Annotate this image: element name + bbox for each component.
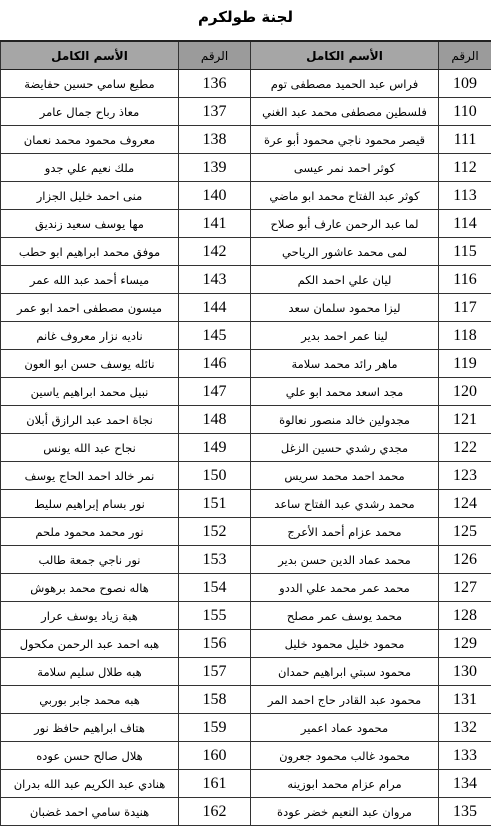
- right-name-cell: كوثر عبد الفتاح محمد ابو ماضي: [251, 182, 439, 210]
- left-name-cell: ناديه نزار معروف غانم: [1, 322, 179, 350]
- left-name-cell: منى احمد خليل الجزار: [1, 182, 179, 210]
- right-number-cell: 122: [439, 434, 491, 462]
- right-name-cell: ليان علي احمد الكم: [251, 266, 439, 294]
- table-row: ملك نعيم علي جدو139كوثر احمد نمر عيسى112: [1, 154, 491, 182]
- right-number-cell: 111: [439, 126, 491, 154]
- header-number-right: الرقم: [439, 41, 491, 70]
- header-full-name-right: الأسم الكامل: [251, 41, 439, 70]
- right-number-cell: 112: [439, 154, 491, 182]
- left-number-cell: 156: [179, 630, 251, 658]
- left-number-cell: 159: [179, 714, 251, 742]
- left-name-cell: نور محمد محمود ملحم: [1, 518, 179, 546]
- left-name-cell: موفق محمد ابراهيم ابو حطب: [1, 238, 179, 266]
- left-name-cell: نجاح عبد الله يونس: [1, 434, 179, 462]
- right-number-cell: 116: [439, 266, 491, 294]
- left-name-cell: معروف محمود محمد نعمان: [1, 126, 179, 154]
- table-row: نبيل محمد ابراهيم ياسين147مجد اسعد محمد …: [1, 378, 491, 406]
- left-number-cell: 157: [179, 658, 251, 686]
- right-number-cell: 115: [439, 238, 491, 266]
- table-row: موفق محمد ابراهيم ابو حطب142لمى محمد عاش…: [1, 238, 491, 266]
- left-number-cell: 146: [179, 350, 251, 378]
- right-name-cell: محمد احمد محمد سريس: [251, 462, 439, 490]
- right-name-cell: كوثر احمد نمر عيسى: [251, 154, 439, 182]
- table-row: هبه محمد جابر بوربي158محمود عبد القادر ح…: [1, 686, 491, 714]
- table-row: مطيع سامي حسين حفايضة136فراس عبد الحميد …: [1, 70, 491, 98]
- left-number-cell: 162: [179, 798, 251, 826]
- left-number-cell: 151: [179, 490, 251, 518]
- left-name-cell: مطيع سامي حسين حفايضة: [1, 70, 179, 98]
- right-name-cell: فلسطين مصطفى محمد عبد الغني: [251, 98, 439, 126]
- right-name-cell: مجدي رشدي حسين الزغل: [251, 434, 439, 462]
- left-number-cell: 136: [179, 70, 251, 98]
- left-name-cell: هبة زياد يوسف عرار: [1, 602, 179, 630]
- left-number-cell: 140: [179, 182, 251, 210]
- left-name-cell: هتاف ابراهيم حافظ نور: [1, 714, 179, 742]
- right-number-cell: 131: [439, 686, 491, 714]
- left-name-cell: مها يوسف سعيد زنديق: [1, 210, 179, 238]
- right-name-cell: لمى محمد عاشور الرياحي: [251, 238, 439, 266]
- table-row: نور بسام إبراهيم سليط151محمد رشدي عبد ال…: [1, 490, 491, 518]
- right-name-cell: محمود عماد اعمير: [251, 714, 439, 742]
- table-row: نور محمد محمود ملحم152محمد عزام أحمد الأ…: [1, 518, 491, 546]
- right-name-cell: مرام عزام محمد ابوزينه: [251, 770, 439, 798]
- table-row: هتاف ابراهيم حافظ نور159محمود عماد اعمير…: [1, 714, 491, 742]
- right-name-cell: محمود خليل محمود خليل: [251, 630, 439, 658]
- left-name-cell: هنادي عبد الكريم عبد الله بدران: [1, 770, 179, 798]
- right-name-cell: مروان عبد النعيم خضر عودة: [251, 798, 439, 826]
- left-number-cell: 161: [179, 770, 251, 798]
- right-name-cell: ليزا محمود سلمان سعد: [251, 294, 439, 322]
- right-number-cell: 129: [439, 630, 491, 658]
- left-number-cell: 155: [179, 602, 251, 630]
- right-number-cell: 135: [439, 798, 491, 826]
- right-number-cell: 114: [439, 210, 491, 238]
- table-row: نائله يوسف حسن ابو العون146ماهر رائد محم…: [1, 350, 491, 378]
- table-row: معروف محمود محمد نعمان138قيصر محمود ناجي…: [1, 126, 491, 154]
- table-row: نور ناجي جمعة طالب153محمد عماد الدين حسن…: [1, 546, 491, 574]
- left-number-cell: 141: [179, 210, 251, 238]
- table-row: ميساء أحمد عبد الله عمر143ليان علي احمد …: [1, 266, 491, 294]
- left-number-cell: 152: [179, 518, 251, 546]
- right-name-cell: محمد عماد الدين حسن بدير: [251, 546, 439, 574]
- right-number-cell: 118: [439, 322, 491, 350]
- table-row: ناديه نزار معروف غانم145لينا عمر احمد بد…: [1, 322, 491, 350]
- right-number-cell: 121: [439, 406, 491, 434]
- right-name-cell: مجد اسعد محمد ابو علي: [251, 378, 439, 406]
- left-number-cell: 144: [179, 294, 251, 322]
- right-name-cell: قيصر محمود ناجي محمود أبو عرة: [251, 126, 439, 154]
- left-name-cell: نمر خالد احمد الحاج يوسف: [1, 462, 179, 490]
- roster-table: الأسم الكامل الرقم الأسم الكامل الرقم مط…: [0, 40, 491, 826]
- left-number-cell: 139: [179, 154, 251, 182]
- right-number-cell: 125: [439, 518, 491, 546]
- table-row: منى احمد خليل الجزار140كوثر عبد الفتاح م…: [1, 182, 491, 210]
- left-name-cell: هاله نصوح محمد برهوش: [1, 574, 179, 602]
- left-number-cell: 150: [179, 462, 251, 490]
- table-row: مها يوسف سعيد زنديق141لما عبد الرحمن عار…: [1, 210, 491, 238]
- header-row: الأسم الكامل الرقم الأسم الكامل الرقم: [1, 41, 491, 70]
- right-number-cell: 126: [439, 546, 491, 574]
- header-full-name-left: الأسم الكامل: [1, 41, 179, 70]
- right-name-cell: لما عبد الرحمن عارف أبو صلاح: [251, 210, 439, 238]
- right-name-cell: محمد عزام أحمد الأعرج: [251, 518, 439, 546]
- right-name-cell: محمود سبتي ابراهيم حمدان: [251, 658, 439, 686]
- right-number-cell: 124: [439, 490, 491, 518]
- left-number-cell: 138: [179, 126, 251, 154]
- left-name-cell: هبه محمد جابر بوربي: [1, 686, 179, 714]
- right-name-cell: محمود غالب محمود جعرون: [251, 742, 439, 770]
- left-name-cell: ميسون مصطفى احمد ابو عمر: [1, 294, 179, 322]
- left-number-cell: 143: [179, 266, 251, 294]
- right-name-cell: مجدولين خالد منصور نعالوة: [251, 406, 439, 434]
- table-row: معاذ رباح جمال عامر137فلسطين مصطفى محمد …: [1, 98, 491, 126]
- right-number-cell: 134: [439, 770, 491, 798]
- left-name-cell: هنيدة سامي احمد غضبان: [1, 798, 179, 826]
- right-number-cell: 133: [439, 742, 491, 770]
- left-name-cell: هبه طلال سليم سلامة: [1, 658, 179, 686]
- right-number-cell: 110: [439, 98, 491, 126]
- left-number-cell: 145: [179, 322, 251, 350]
- left-number-cell: 147: [179, 378, 251, 406]
- table-row: ميسون مصطفى احمد ابو عمر144ليزا محمود سل…: [1, 294, 491, 322]
- left-name-cell: نور بسام إبراهيم سليط: [1, 490, 179, 518]
- left-number-cell: 149: [179, 434, 251, 462]
- right-name-cell: لينا عمر احمد بدير: [251, 322, 439, 350]
- right-number-cell: 123: [439, 462, 491, 490]
- left-name-cell: ملك نعيم علي جدو: [1, 154, 179, 182]
- table-row: نمر خالد احمد الحاج يوسف150محمد احمد محم…: [1, 462, 491, 490]
- right-number-cell: 113: [439, 182, 491, 210]
- right-name-cell: محمد رشدي عبد الفتاح ساعد: [251, 490, 439, 518]
- right-name-cell: محمود عبد القادر حاج احمد المر: [251, 686, 439, 714]
- left-number-cell: 153: [179, 546, 251, 574]
- table-row: هبة زياد يوسف عرار155محمد يوسف عمر مصلح1…: [1, 602, 491, 630]
- left-name-cell: هلال صالح حسن عوده: [1, 742, 179, 770]
- right-name-cell: ماهر رائد محمد سلامة: [251, 350, 439, 378]
- left-name-cell: نبيل محمد ابراهيم ياسين: [1, 378, 179, 406]
- right-number-cell: 128: [439, 602, 491, 630]
- table-row: هبه احمد عبد الرحمن مكحول156محمود خليل م…: [1, 630, 491, 658]
- left-name-cell: نور ناجي جمعة طالب: [1, 546, 179, 574]
- right-name-cell: فراس عبد الحميد مصطفى توم: [251, 70, 439, 98]
- left-name-cell: نائله يوسف حسن ابو العون: [1, 350, 179, 378]
- header-number-left: الرقم: [179, 41, 251, 70]
- right-name-cell: محمد يوسف عمر مصلح: [251, 602, 439, 630]
- table-row: نجاة احمد عبد الرازق أبلان148مجدولين خال…: [1, 406, 491, 434]
- table-row: هاله نصوح محمد برهوش154محمد عمر محمد علي…: [1, 574, 491, 602]
- left-number-cell: 137: [179, 98, 251, 126]
- left-number-cell: 158: [179, 686, 251, 714]
- left-name-cell: معاذ رباح جمال عامر: [1, 98, 179, 126]
- right-number-cell: 109: [439, 70, 491, 98]
- left-number-cell: 154: [179, 574, 251, 602]
- left-number-cell: 160: [179, 742, 251, 770]
- right-number-cell: 132: [439, 714, 491, 742]
- left-name-cell: هبه احمد عبد الرحمن مكحول: [1, 630, 179, 658]
- right-number-cell: 119: [439, 350, 491, 378]
- right-number-cell: 120: [439, 378, 491, 406]
- right-number-cell: 130: [439, 658, 491, 686]
- right-name-cell: محمد عمر محمد علي الددو: [251, 574, 439, 602]
- table-row: هبه طلال سليم سلامة157محمود سبتي ابراهيم…: [1, 658, 491, 686]
- table-row: نجاح عبد الله يونس149مجدي رشدي حسين الزغ…: [1, 434, 491, 462]
- left-name-cell: نجاة احمد عبد الرازق أبلان: [1, 406, 179, 434]
- right-number-cell: 117: [439, 294, 491, 322]
- right-number-cell: 127: [439, 574, 491, 602]
- page-title: لجنة طولكرم: [0, 8, 491, 26]
- table-row: هنيدة سامي احمد غضبان162مروان عبد النعيم…: [1, 798, 491, 826]
- left-number-cell: 142: [179, 238, 251, 266]
- left-name-cell: ميساء أحمد عبد الله عمر: [1, 266, 179, 294]
- table-row: هنادي عبد الكريم عبد الله بدران161مرام ع…: [1, 770, 491, 798]
- table-row: هلال صالح حسن عوده160محمود غالب محمود جع…: [1, 742, 491, 770]
- left-number-cell: 148: [179, 406, 251, 434]
